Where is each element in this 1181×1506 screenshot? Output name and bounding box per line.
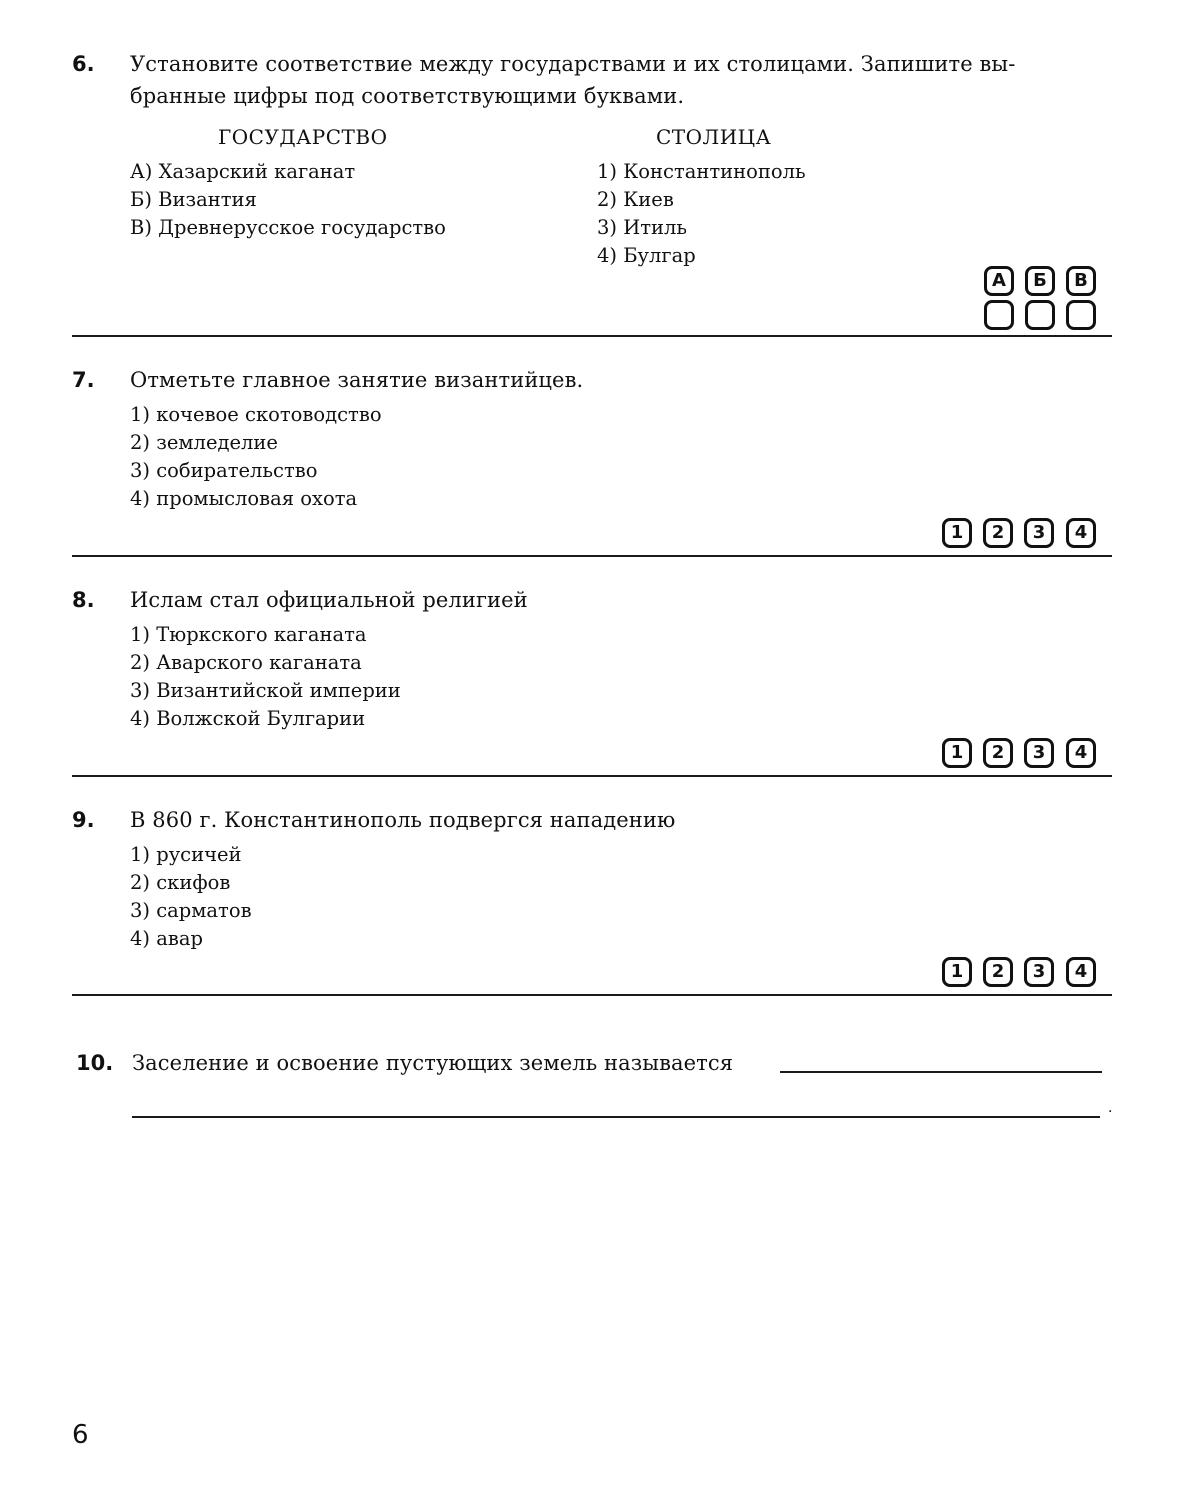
state-item-a: А) Хазарский каганат — [130, 160, 355, 183]
q7-option-2[interactable]: 2) земледелие — [130, 431, 278, 454]
q10-end-mark: . — [1108, 1100, 1112, 1116]
divider-q7 — [72, 555, 1112, 557]
question-6-text-line2: бранные цифры под соответствующими буква… — [130, 84, 684, 108]
question-6-number: 6. — [72, 52, 95, 76]
state-item-b: Б) Византия — [130, 188, 257, 211]
column-header-capital: СТОЛИЦА — [656, 125, 771, 149]
q9-option-1[interactable]: 1) русичей — [130, 843, 242, 866]
divider-q9 — [72, 994, 1112, 996]
answer-letter-b: Б — [1025, 266, 1055, 296]
answer-letter-a: А — [984, 266, 1014, 296]
q7-answer-box-2[interactable]: 2 — [983, 518, 1013, 548]
q7-answer-box-4[interactable]: 4 — [1066, 518, 1096, 548]
answer-input-b[interactable] — [1025, 300, 1055, 330]
q10-answer-line-2[interactable] — [132, 1116, 1100, 1118]
q9-option-3[interactable]: 3) сарматов — [130, 899, 252, 922]
question-7-number: 7. — [72, 368, 95, 392]
capital-item-1: 1) Константинополь — [597, 160, 806, 183]
q9-option-2[interactable]: 2) скифов — [130, 871, 230, 894]
divider-q6 — [72, 335, 1112, 337]
q8-option-3[interactable]: 3) Византийской империи — [130, 679, 401, 702]
divider-q8 — [72, 775, 1112, 777]
column-header-state: ГОСУДАРСТВО — [218, 125, 388, 149]
question-9-text: В 860 г. Константинополь подвергся напад… — [130, 808, 675, 832]
q9-answer-box-1[interactable]: 1 — [942, 957, 972, 987]
q7-answer-box-1[interactable]: 1 — [942, 518, 972, 548]
question-7-text: Отметьте главное занятие византийцев. — [130, 368, 583, 392]
q10-answer-line-1[interactable] — [780, 1071, 1102, 1073]
q8-option-4[interactable]: 4) Волжской Булгарии — [130, 707, 365, 730]
q8-answer-box-1[interactable]: 1 — [942, 738, 972, 768]
question-9-number: 9. — [72, 808, 95, 832]
capital-item-3: 3) Итиль — [597, 216, 687, 239]
q7-option-3[interactable]: 3) собирательство — [130, 459, 317, 482]
question-6-text-line1: Установите соответствие между государств… — [130, 52, 1015, 76]
q8-answer-box-2[interactable]: 2 — [983, 738, 1013, 768]
q7-option-1[interactable]: 1) кочевое скотоводство — [130, 403, 382, 426]
q8-answer-box-3[interactable]: 3 — [1024, 738, 1054, 768]
q7-answer-box-3[interactable]: 3 — [1024, 518, 1054, 548]
q9-answer-box-3[interactable]: 3 — [1024, 957, 1054, 987]
question-8-text: Ислам стал официальной религией — [130, 588, 528, 612]
answer-letter-v: В — [1066, 266, 1096, 296]
q9-option-4[interactable]: 4) авар — [130, 927, 203, 950]
question-10-text: Заселение и освоение пустующих земель на… — [132, 1051, 733, 1075]
q8-option-1[interactable]: 1) Тюркского каганата — [130, 623, 367, 646]
question-8-number: 8. — [72, 588, 95, 612]
q8-option-2[interactable]: 2) Аварского каганата — [130, 651, 362, 674]
q8-answer-box-4[interactable]: 4 — [1066, 738, 1096, 768]
answer-input-v[interactable] — [1066, 300, 1096, 330]
question-10-number: 10. — [76, 1051, 113, 1075]
answer-input-a[interactable] — [984, 300, 1014, 330]
capital-item-2: 2) Киев — [597, 188, 674, 211]
state-item-v: В) Древнерусское государство — [130, 216, 446, 239]
q9-answer-box-2[interactable]: 2 — [983, 957, 1013, 987]
page-number: 6 — [72, 1420, 89, 1450]
q9-answer-box-4[interactable]: 4 — [1066, 957, 1096, 987]
q7-option-4[interactable]: 4) промысловая охота — [130, 487, 357, 510]
capital-item-4: 4) Булгар — [597, 244, 696, 267]
